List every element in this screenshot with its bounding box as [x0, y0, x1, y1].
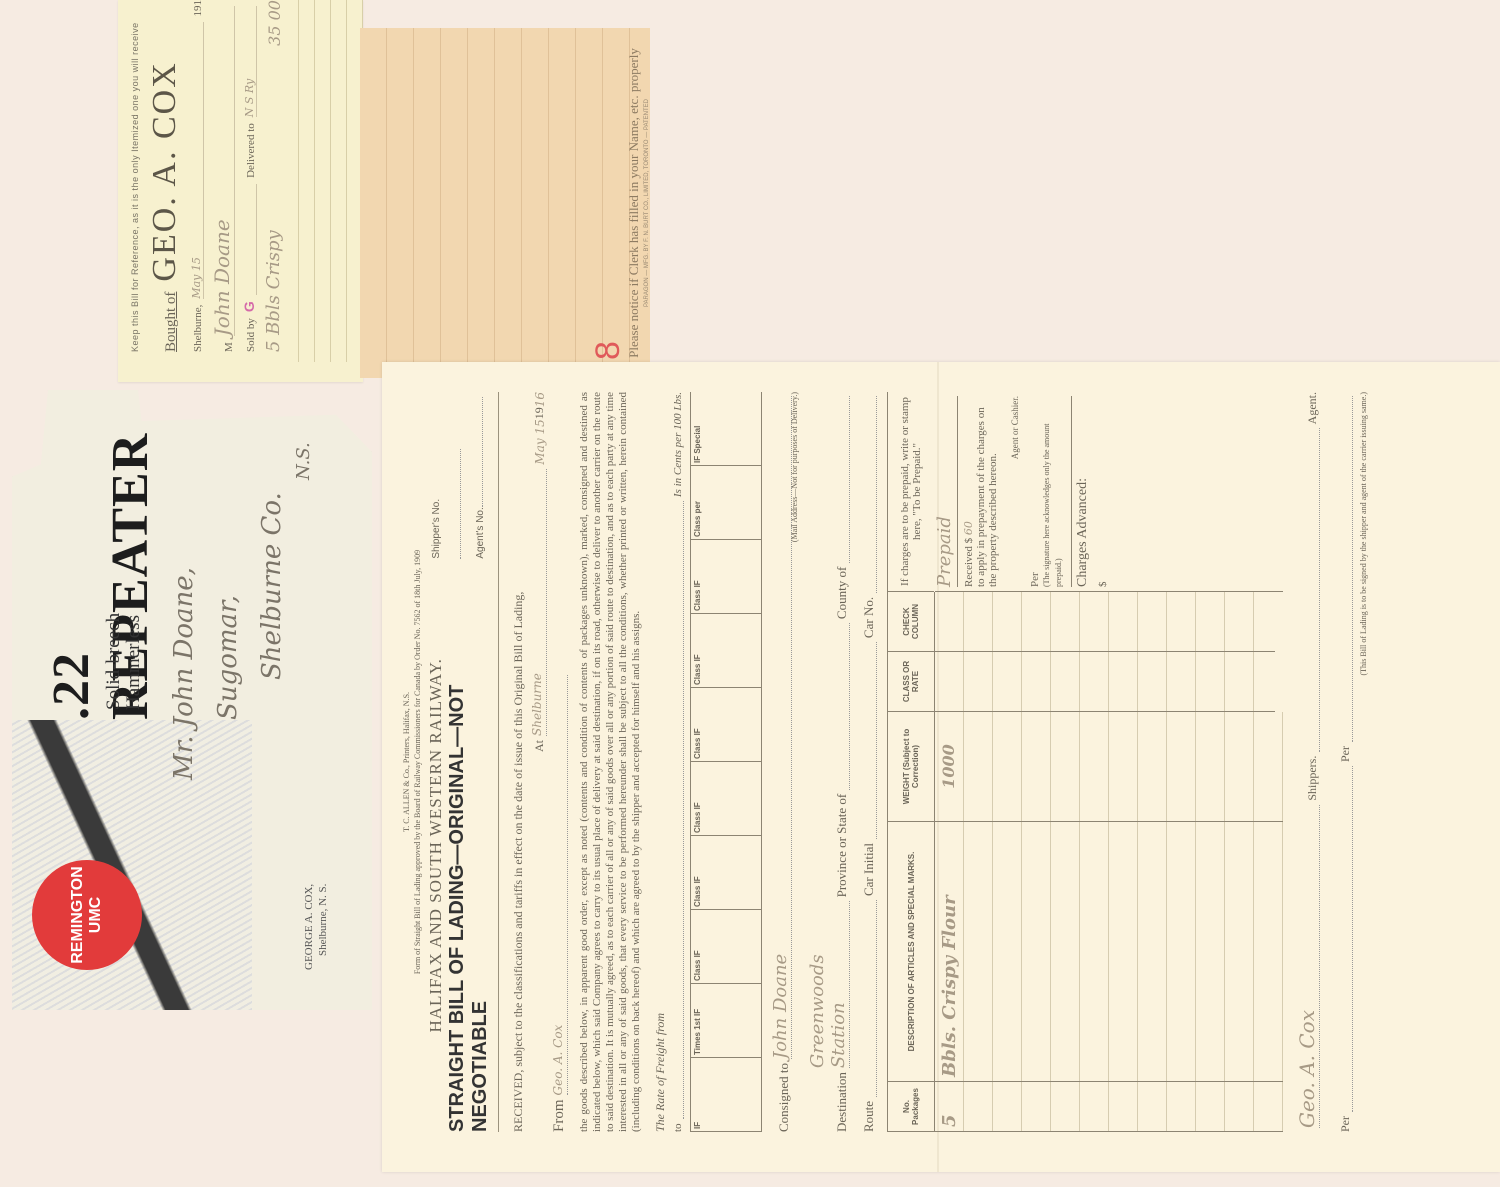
receipt-date-line: Shelburne, May 15 191: [190, 0, 204, 352]
sold-by-label: Sold by: [245, 318, 257, 352]
footer-note: (This Bill of Lading is to be signed by …: [1359, 392, 1368, 1132]
address-line: N.S.: [294, 442, 314, 480]
to-label: to: [672, 1123, 684, 1132]
from-label: From: [551, 1099, 568, 1132]
title-row: HALIFAX AND SOUTH WESTERN RAILWAY. STRAI…: [422, 392, 499, 1132]
page-number: 8: [589, 341, 628, 360]
receipt-printer-line: PARAGON — MFG. BY F. N. BURT CO., LIMITE…: [644, 28, 650, 378]
receipt-back-content: 8 Please notice if Clerk has filled in y…: [360, 28, 650, 378]
year-hand: 16: [533, 392, 547, 407]
rate-table: IF Times 1st IF Class IF Class IF Class …: [690, 392, 762, 1132]
shippers-label: Shippers.: [1305, 756, 1320, 801]
reference-numbers: Shipper's No. Agent's No.: [426, 392, 492, 559]
location-label: Shelburne,: [192, 305, 204, 352]
date-hand: May 15: [533, 419, 547, 464]
address-line: Shelburne Co.: [250, 442, 294, 680]
receipt-front: Keep this Bill for Reference, as it is t…: [118, 0, 363, 382]
per-label-shipper: Per: [1338, 1116, 1353, 1132]
receipt-header: Bought of GEO. A. COX: [146, 0, 184, 352]
charges-advanced-label: Charges Advanced:: [1077, 396, 1089, 587]
at-hand: Shelburne: [530, 469, 547, 736]
envelope-subline: Solid-breech Hammerless: [104, 613, 144, 710]
check-cell: [935, 592, 1275, 652]
rate-col: Class IF: [691, 540, 761, 614]
class-rate-cell: [935, 652, 1275, 712]
shipper-sign-hand: Geo. A. Cox: [1295, 805, 1320, 1128]
signature-note: (The signature here acknowledges only th…: [1041, 396, 1065, 587]
recipient-address: Mr. John Doane, Sugomar, Shelburne Co. N…: [162, 442, 314, 780]
remington-logo: REMINGTON UMC: [32, 860, 142, 970]
articles-table: No. Packages DESCRIPTION OF ARTICLES AND…: [887, 392, 1283, 1132]
description-cell: Bbls. Crispy Flour: [935, 822, 1283, 1082]
receipt-keep-notice: Keep this Bill for Reference, as it is t…: [130, 0, 140, 352]
receipt-customer-line: MJohn Doane: [210, 0, 235, 352]
prepaid-instruction: If charges are to be prepaid, write or s…: [899, 395, 923, 588]
destination-hand: Greenwoods Station: [807, 901, 850, 1068]
received-amount-hand: 60: [962, 521, 975, 535]
railway-name: HALIFAX AND SOUTH WESTERN RAILWAY.: [426, 559, 446, 1132]
rate-unit: Is in Cents per 100 Lbs.: [672, 392, 684, 497]
rate-col: IF Special: [691, 392, 761, 466]
document-title: STRAIGHT BILL OF LADING—ORIGINAL—NOT NEG…: [446, 559, 492, 1132]
envelope-content: REMINGTON UMC .22 REPEATER Solid-breech …: [12, 390, 372, 1010]
rate-title: The Rate of Freight from: [653, 392, 668, 1132]
weight-cell: 1000: [935, 712, 1283, 822]
agent-label: Agent.: [1305, 392, 1320, 424]
receipt-sold-line: Sold by G Delivered to N S Ry: [241, 0, 257, 352]
receipt-ruled-lines: [283, 0, 363, 362]
destination-line: Destination Greenwoods Station Province …: [807, 392, 850, 1132]
bol-content: T. C. ALLEN & Co., Printers, Halifax, N.…: [382, 362, 1500, 1172]
per-label-agent: Per: [1338, 746, 1353, 762]
province-label: Province or State of: [834, 794, 850, 898]
consigned-label: Consigned to: [776, 1063, 792, 1132]
col-header: CLASS OR RATE: [888, 652, 935, 712]
rate-col: Times 1st IF: [691, 984, 761, 1058]
bought-of-label: Bought of: [163, 292, 180, 352]
prepaid-hand: Prepaid: [939, 396, 951, 587]
packages-cell: 5: [935, 1082, 1283, 1132]
from-hand: Geo. A. Cox: [551, 675, 568, 1095]
year-prefix: 191: [192, 0, 204, 17]
envelope: REMINGTON UMC .22 REPEATER Solid-breech …: [12, 390, 372, 1010]
delivered-to-label: Delivered to: [245, 123, 257, 178]
sold-by-stamp: G: [241, 301, 257, 312]
rate-col: Class per: [691, 466, 761, 540]
subline-2: Hammerless: [124, 613, 144, 710]
from-line: From Geo. A. Cox: [551, 392, 568, 1132]
rate-col: Class IF: [691, 762, 761, 836]
signature-area: Geo. A. Cox Shippers. Agent.: [1295, 392, 1320, 1132]
rate-col: Class IF: [691, 836, 761, 910]
printer-credit: T. C. ALLEN & Co., Printers, Halifax, N.…: [402, 392, 411, 1132]
received-amount-label: Received $: [963, 538, 975, 587]
logo-line-1: REMINGTON: [69, 866, 87, 963]
receipt-back-ruled-lines: [360, 28, 650, 378]
car-initial-label: Car Initial: [861, 843, 877, 896]
county-label: County of: [834, 567, 850, 619]
rate-col: Class IF: [691, 614, 761, 688]
customer-hand: John Doane: [210, 6, 235, 336]
bill-of-lading: T. C. ALLEN & Co., Printers, Halifax, N.…: [382, 362, 1500, 1172]
receipt-back: 8 Please notice if Clerk has filled in y…: [360, 28, 650, 378]
return-address: GEORGE A. COX, Shelburne, N. S.: [302, 884, 330, 970]
return-place: Shelburne, N. S.: [316, 884, 330, 956]
route-line: Route Car Initial Car No.: [858, 392, 877, 1132]
at-line: At Shelburne May 15 19 16: [530, 392, 547, 1132]
form-approval-note: Form of Straight Bill of Lading approved…: [413, 392, 422, 1132]
destination-label: Destination: [834, 1072, 850, 1132]
address-line: Sugomar,: [206, 442, 250, 720]
shippers-no-label: Shipper's No.: [431, 499, 442, 559]
agents-no-label: Agent's No.: [475, 507, 486, 558]
amount-hand: 35 00: [265, 0, 284, 46]
prepayment-text: to apply in prepayment of the charges on…: [975, 396, 999, 587]
rate-col: Class IF: [691, 688, 761, 762]
car-no-label: Car No.: [861, 597, 877, 638]
payment-panel: Prepaid Received $ 60 to apply in prepay…: [935, 392, 1283, 592]
agent-cashier-label: Agent or Cashier.: [1009, 396, 1021, 587]
return-name: GEORGE A. COX,: [302, 884, 316, 970]
per-label: Per: [1029, 396, 1041, 587]
rate-col: IF: [691, 1058, 761, 1132]
legal-terms: the goods described below, in apparent g…: [578, 392, 643, 1132]
rate-to-line: to Is in Cents per 100 Lbs.: [672, 392, 684, 1132]
prepaid-box: If charges are to be prepaid, write or s…: [888, 392, 934, 592]
col-header: No. Packages: [888, 1082, 935, 1132]
col-header: CHECK COLUMN: [888, 592, 935, 652]
date-hand: May 15: [190, 23, 204, 299]
dollar-sign: $: [1097, 396, 1109, 587]
col-header: DESCRIPTION OF ARTICLES AND SPECIAL MARK…: [888, 822, 935, 1082]
item-hand: 5 Bbls Crispy: [263, 46, 284, 352]
address-line: Mr. John Doane,: [162, 442, 206, 780]
logo-line-2: UMC: [87, 897, 105, 933]
merchant-name: GEO. A. COX: [146, 61, 184, 281]
subline-1: Solid-breech: [104, 613, 124, 710]
delivered-to-hand: N S Ry: [243, 6, 257, 117]
receipt-footer-note: Please notice if Clerk has filled in you…: [626, 28, 642, 378]
col-header: WEIGHT (Subject to Correction): [888, 712, 935, 822]
receipt-item-line: 5 Bbls Crispy 35 00: [263, 0, 284, 352]
received-clause: RECEIVED, subject to the classifications…: [511, 392, 526, 1132]
route-label: Route: [861, 1101, 877, 1132]
per-line: Per Per: [1332, 392, 1353, 1132]
consigned-hand: John Doane: [770, 396, 792, 1059]
at-label: At: [532, 740, 547, 752]
year-label: 19: [532, 407, 547, 419]
consigned-line: Consigned to John Doane: [770, 392, 792, 1132]
rate-col: Class IF: [691, 910, 761, 984]
receipt-content: Keep this Bill for Reference, as it is t…: [118, 0, 363, 382]
